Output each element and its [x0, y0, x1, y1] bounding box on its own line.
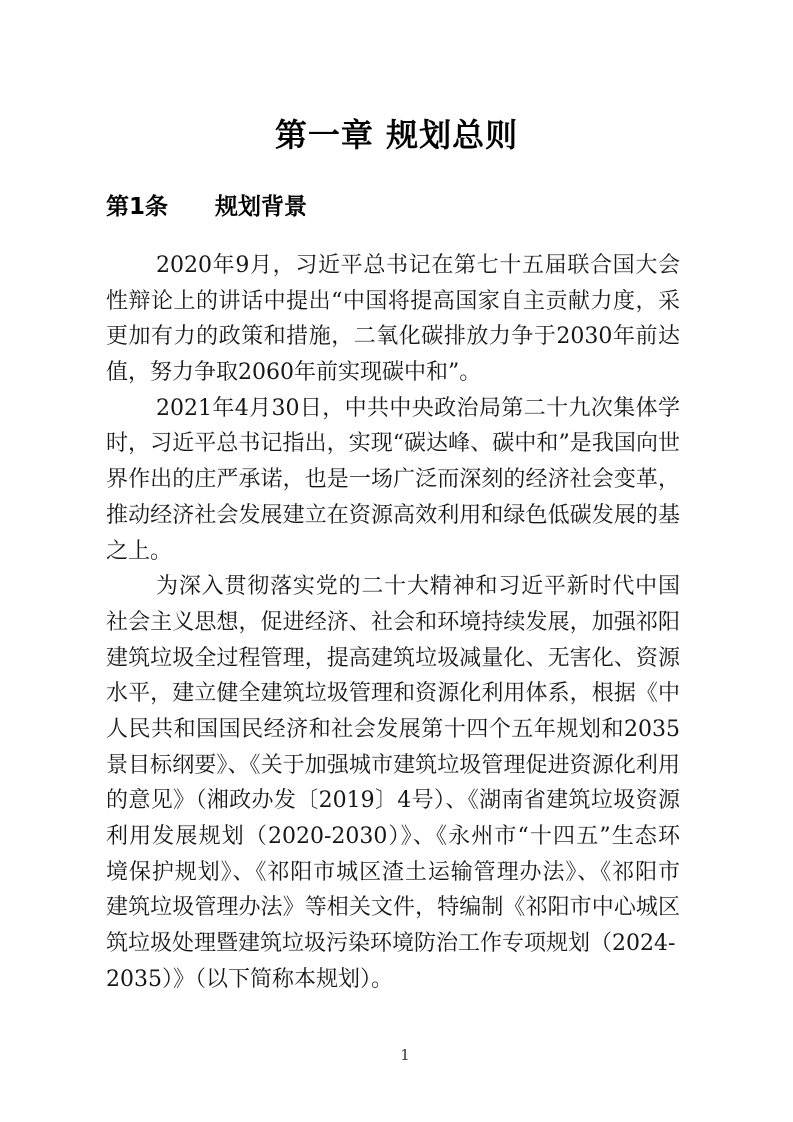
text-line: 之上。	[106, 534, 680, 570]
text-line: 值，努力争取2060年前实现碳中和”。	[106, 355, 680, 391]
text-line: 建筑垃圾全过程管理，提高建筑垃圾减量化、无害化、资源化	[106, 641, 680, 677]
text-line: 的意见》（湘政办发〔2019〕4号）、《湖南省建筑垃圾资源化	[106, 783, 680, 819]
section-number: 第1条	[106, 194, 168, 220]
document-page: 第一章 规划总则 第1条规划背景 2020年9月，习近平总书记在第七十五届联合国…	[0, 0, 793, 1122]
text-line: 时，习近平总书记指出，实现“碳达峰、碳中和”是我国向世	[106, 426, 680, 462]
text-line: 境保护规划》、《祁阳市城区渣土运输管理办法》、《祁阳市	[106, 855, 680, 891]
text-line: 水平，建立健全建筑垃圾管理和资源化利用体系，根据《中华	[106, 676, 680, 712]
text-line: 筑垃圾处理暨建筑垃圾污染环境防治工作专项规划（2024-	[106, 926, 680, 962]
text-line: 2021年4月30日，中共中央政治局第二十九次集体学习	[106, 391, 680, 427]
text-line: 更加有力的政策和措施，二氧化碳排放力争于2030年前达到峰	[106, 319, 680, 355]
text-line: 推动经济社会发展建立在资源高效利用和绿色低碳发展的基础	[106, 498, 680, 534]
text-line: 界作出的庄严承诺，也是一场广泛而深刻的经济社会变革，将	[106, 462, 680, 498]
text-line: 为深入贯彻落实党的二十大精神和习近平新时代中国特色	[106, 569, 680, 605]
text-line: 建筑垃圾管理办法》等相关文件，特编制《祁阳市中心城区建	[106, 890, 680, 926]
text-line: 2020年9月，习近平总书记在第七十五届联合国大会一般	[106, 248, 680, 284]
section-heading: 第1条规划背景	[106, 192, 307, 223]
text-line: 性辩论上的讲话中提出“中国将提高国家自主贡献力度，采取	[106, 284, 680, 320]
text-line: 人民共和国国民经济和社会发展第十四个五年规划和2035年远	[106, 712, 680, 748]
chapter-title: 第一章 规划总则	[0, 112, 793, 158]
paragraph-3: 为深入贯彻落实党的二十大精神和习近平新时代中国特色 社会主义思想，促进经济、社会…	[106, 569, 680, 997]
body-text: 2020年9月，习近平总书记在第七十五届联合国大会一般 性辩论上的讲话中提出“中…	[106, 248, 680, 997]
text-line: 利用发展规划（2020-2030）》、《永州市“十四五”生态环	[106, 819, 680, 855]
section-title: 规划背景	[215, 194, 307, 220]
page-number: 1	[0, 1044, 793, 1066]
text-line: 2035）》（以下简称本规划）。	[106, 962, 680, 998]
paragraph-1: 2020年9月，习近平总书记在第七十五届联合国大会一般 性辩论上的讲话中提出“中…	[106, 248, 680, 391]
text-line: 社会主义思想，促进经济、社会和环境持续发展，加强祁阳市	[106, 605, 680, 641]
paragraph-2: 2021年4月30日，中共中央政治局第二十九次集体学习 时，习近平总书记指出，实…	[106, 391, 680, 569]
text-line: 景目标纲要》、《关于加强城市建筑垃圾管理促进资源化利用	[106, 748, 680, 784]
